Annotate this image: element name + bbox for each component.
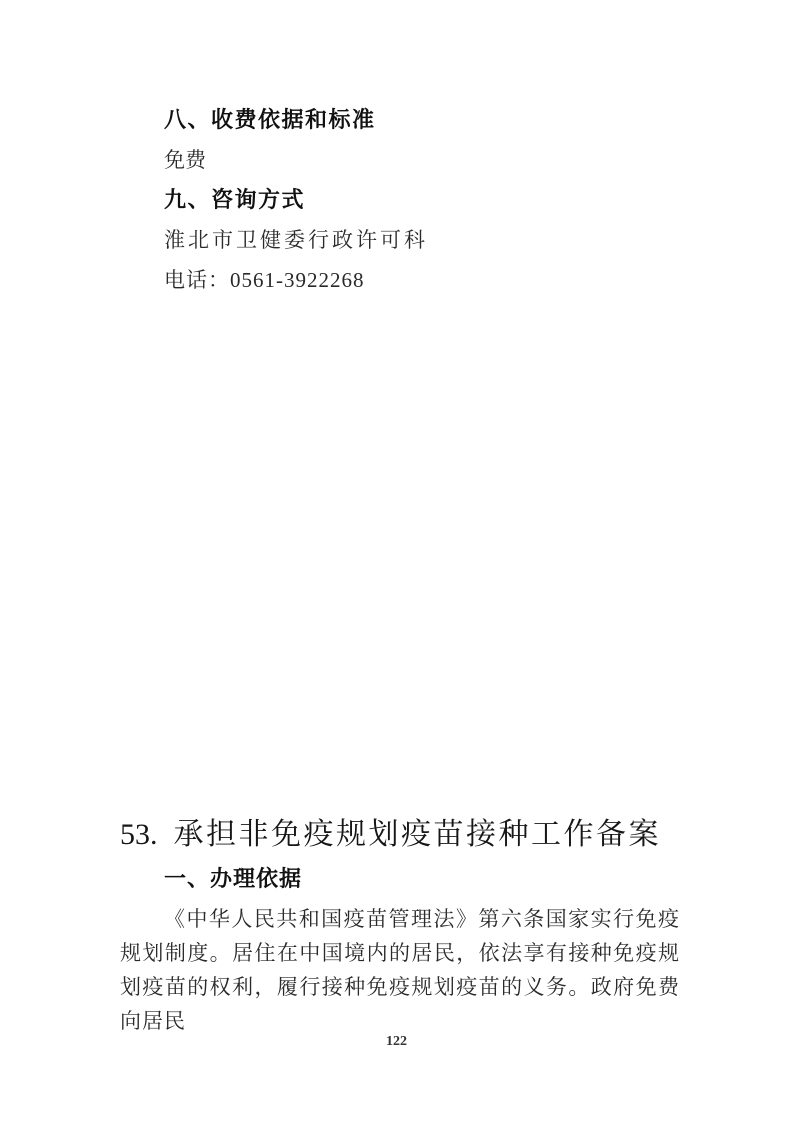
item-title: 53.承担非免疫规划疫苗接种工作备案 [120,813,661,857]
fee-basis-heading: 八、收费依据和标准 [164,100,683,140]
basis-heading: 一、办理依据 [164,864,302,894]
consult-department: 淮北市卫健委行政许可科 [164,220,683,260]
page-number: 122 [0,1034,793,1050]
item-title-text: 承担非免疫规划疫苗接种工作备案 [174,818,662,851]
item-number: 53. [120,818,158,851]
fee-and-consult-section: 八、收费依据和标准 免费 九、咨询方式 淮北市卫健委行政许可科 电话：0561-… [164,100,683,300]
document-page: 八、收费依据和标准 免费 九、咨询方式 淮北市卫健委行政许可科 电话：0561-… [0,0,793,1122]
fee-value: 免费 [164,140,683,180]
basis-paragraph: 《中华人民共和国疫苗管理法》第六条国家实行免疫规划制度。居住在中国境内的居民，依… [120,902,680,1038]
consult-phone: 电话：0561-3922268 [164,260,683,300]
consult-method-heading: 九、咨询方式 [164,180,683,220]
